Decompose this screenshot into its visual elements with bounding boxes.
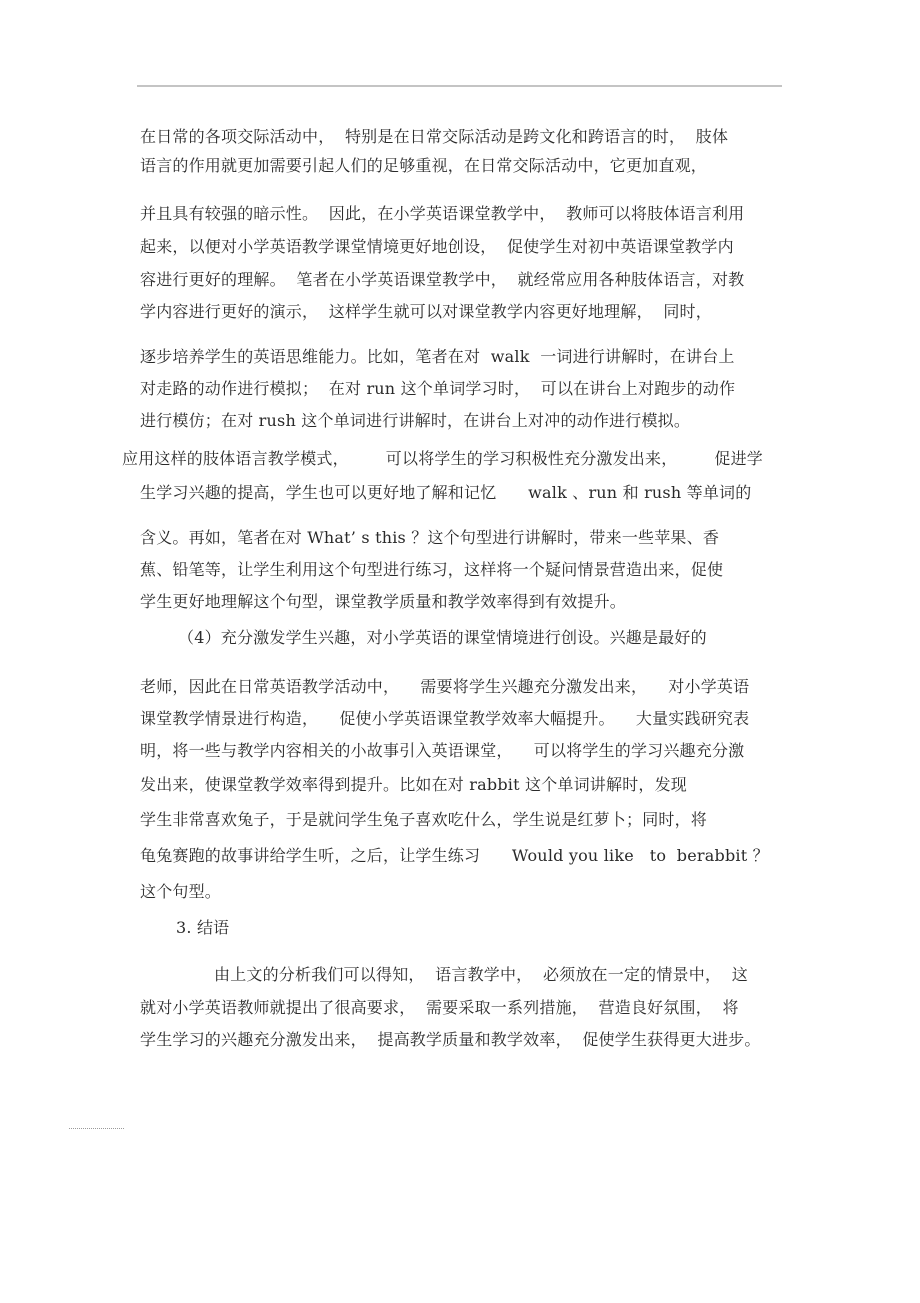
text-line: 学生非常喜欢兔子，于是就问学生兔子喜欢吃什么，学生说是红萝卜；同时，将	[140, 810, 707, 830]
text-line: 学生学习的兴趣充分激发出来， 提高教学质量和教学效率， 促使学生获得更大进步。	[140, 1030, 761, 1050]
text-line: 学生更好地理解这个句型，课堂教学质量和教学效率得到有效提升。	[140, 592, 626, 612]
text-line: 语言的作用就更加需要引起人们的足够重视，在日常交际活动中，它更加直观，	[140, 156, 707, 176]
text-line: 生学习兴趣的提高，学生也可以更好地了解和记忆 walk 、run 和 rush …	[140, 483, 751, 503]
text-line: 并且具有较强的暗示性。 因此，在小学英语课堂教学中， 教师可以将肢体语言利用	[140, 204, 744, 224]
text-line: 应用这样的肢体语言教学模式， 可以将学生的学习积极性充分激发出来， 促进学	[122, 449, 763, 469]
text-line: 由上文的分析我们可以得知， 语言教学中， 必须放在一定的情景中， 这	[214, 965, 748, 985]
text-line: 就对小学英语教师就提出了很高要求， 需要采取一系列措施， 营造良好氛围， 将	[140, 998, 739, 1018]
text-line: 老师，因此在日常英语教学活动中， 需要将学生兴趣充分激发出来， 对小学英语	[140, 677, 749, 697]
section-subheading: （4）充分激发学生兴趣，对小学英语的课堂情境进行创设。兴趣是最好的	[178, 628, 707, 648]
text-line: 起来，以便对小学英语教学课堂情境更好地创设， 促使学生对初中英语课堂教学内	[140, 237, 734, 257]
section-heading: 3. 结语	[176, 918, 229, 938]
text-line: 发出来，使课堂教学效率得到提升。比如在对 rabbit 这个单词讲解时，发现	[140, 775, 687, 795]
text-line: 学内容进行更好的演示， 这样学生就可以对课堂教学内容更好地理解， 同时，	[140, 302, 712, 322]
footnote-separator	[69, 1128, 124, 1129]
text-line: 进行模仿；在对 rush 这个单词进行讲解时，在讲台上对冲的动作进行模拟。	[140, 411, 690, 431]
text-line: 对走路的动作进行模拟； 在对 run 这个单词学习时， 可以在讲台上对跑步的动作	[140, 379, 735, 399]
text-line: 蕉、铅笔等，让学生利用这个句型进行练习，这样将一个疑问情景营造出来，促使	[140, 560, 723, 580]
text-line: 课堂教学情景进行构造， 促使小学英语课堂教学效率大幅提升。 大量实践研究表	[140, 709, 749, 729]
text-line: 明，将一些与教学内容相关的小故事引入英语课堂， 可以将学生的学习兴趣充分激	[140, 741, 744, 761]
text-line: 在日常的各项交际活动中， 特别是在日常交际活动是跨文化和跨语言的时， 肢体	[140, 127, 728, 147]
text-line: 龟兔赛跑的故事讲给学生听，之后，让学生练习 Would you like to …	[140, 846, 769, 866]
text-line: 含义。再如，笔者在对 What’ s this ？这个句型进行讲解时，带来一些苹…	[140, 528, 719, 548]
header-rule	[137, 85, 782, 87]
text-line: 这个句型。	[140, 882, 221, 902]
text-line: 逐步培养学生的英语思维能力。比如，笔者在对 walk 一词进行讲解时，在讲台上	[140, 347, 735, 367]
text-line: 容进行更好的理解。 笔者在小学英语课堂教学中， 就经常应用各种肢体语言，对教	[140, 270, 744, 290]
document-page: 在日常的各项交际活动中， 特别是在日常交际活动是跨文化和跨语言的时， 肢体 语言…	[0, 0, 920, 1303]
